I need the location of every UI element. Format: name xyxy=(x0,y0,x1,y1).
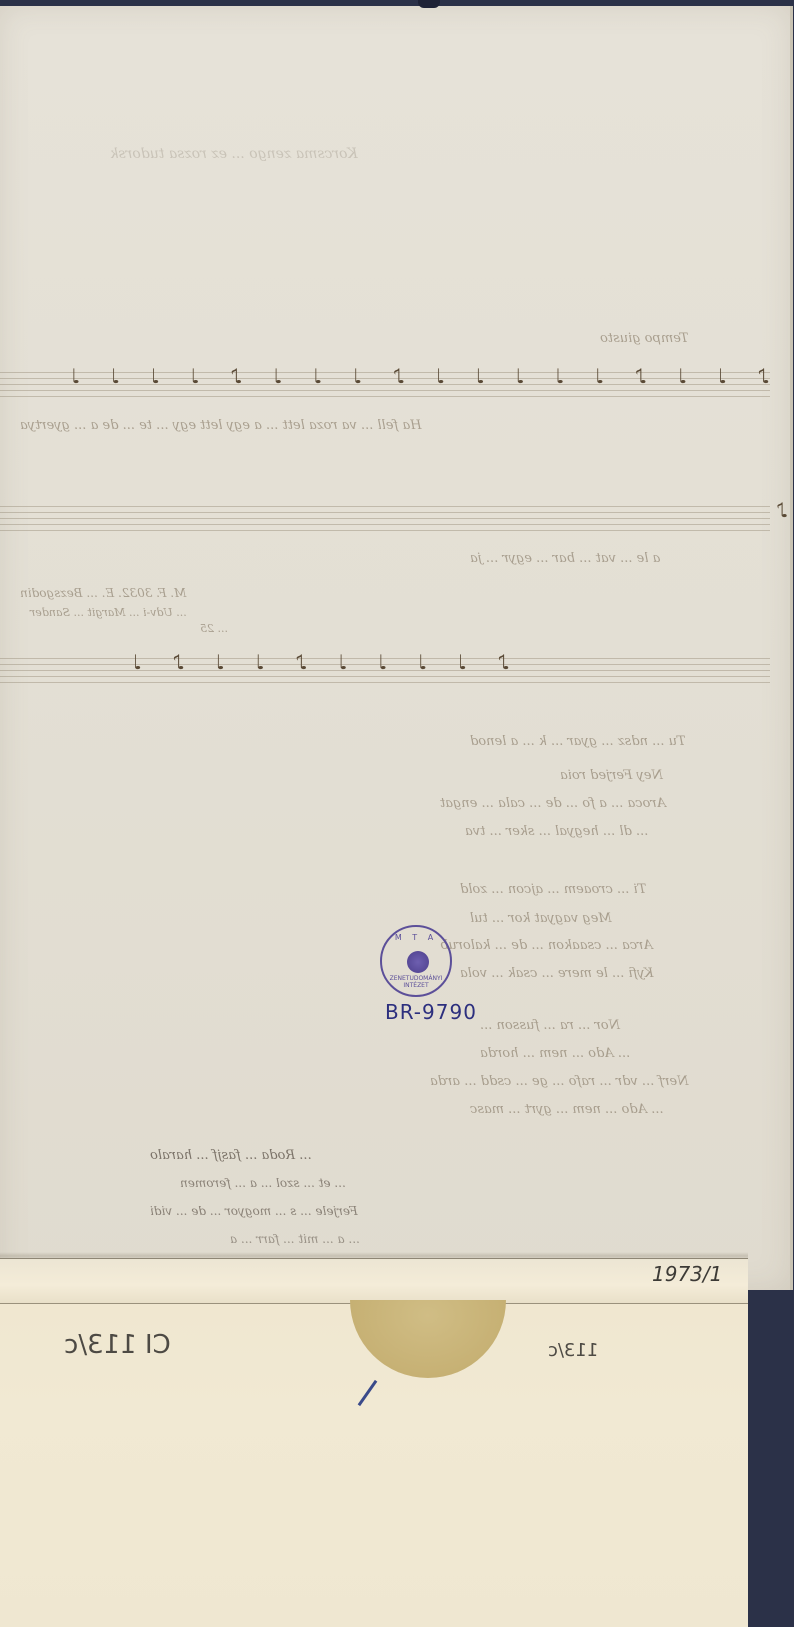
show-through-left-note-2: ... Udv-i ... Margit ... Sander xyxy=(30,606,187,619)
music-staff-2: ♩ ♩ ♩ ♩ ♩ ♩ ♩ ♪ ♩ ♪ xyxy=(0,506,770,536)
bottom-note-line-3: Ferjele ... s ... mogyor ... de ... vidi xyxy=(150,1204,358,1218)
verse-3-line-1: Nor ... ra ... fusson ... xyxy=(480,1018,620,1033)
verse-3-line-4: ... Ado ... nem ... gyrt ... masc xyxy=(470,1102,664,1117)
music-staff-3: ♪ ♩ ♩ ♩ ♩ ♪ ♩ ♩ ♪ ♩ xyxy=(0,658,770,688)
verse-2-line-1: Ti ... croaem ... ajcon ... zold xyxy=(460,882,646,897)
verse-1-line-3: Aroca ... a fo ... de ... cala ... engat xyxy=(440,796,666,811)
bottom-note-line-4: ... a ... mit ... farr ... a xyxy=(230,1232,360,1246)
bottom-note-line-1: ... Roda ... fasjf ... haralo xyxy=(150,1148,312,1163)
institute-stamp: M T A ZENETUDOMÁNYI INTÉZET xyxy=(380,925,452,997)
show-through-tempo: Tempo giusto xyxy=(600,331,689,346)
show-through-header: Korcsma zengo ... ez rozsa tudorsk xyxy=(110,146,358,162)
catalog-number-left: CI 113/c xyxy=(64,1330,171,1360)
verse-2-line-3: Arca ... csaakon ... de ... kalorub xyxy=(440,938,653,953)
catalog-number-right: 113/c xyxy=(548,1340,598,1361)
stamp-ring-text: ZENETUDOMÁNYI INTÉZET xyxy=(382,975,450,989)
music-staff-1: ♪ ♩ ♩ ♪ ♩ ♩ ♩ ♩ ♩ ♪ ♩ ♩ ♩ ♪ ♩ ♩ ♩ ♩ xyxy=(0,372,770,402)
folder-fold-strip xyxy=(0,1258,748,1304)
verse-3-line-3: Nerf ... vdr ... rafo ... ge ... csdd ..… xyxy=(430,1074,689,1089)
manuscript-sheet: Korcsma zengo ... ez rozsa tudorsk Tempo… xyxy=(0,6,793,1290)
stamp-top-text: M T A xyxy=(382,933,450,942)
staff-2-notes: ♩ ♩ ♩ ♩ ♩ ♩ ♩ ♪ ♩ ♪ xyxy=(380,498,794,538)
show-through-lyric-2: a le ... vat ... bar ... egyr ... ja xyxy=(470,551,660,566)
shelfmark-label: BR-9790 xyxy=(385,1000,477,1024)
verse-1-line-1: Tu ... ndsz ... gyar ... k ... a lenod xyxy=(470,734,686,749)
verse-2-line-2: Meg vagyat kor ... tul xyxy=(470,911,612,926)
accession-number: 1973/1 xyxy=(652,1262,722,1286)
verse-1-line-4: ... dl ... hegyal ... sker ... tva xyxy=(465,824,648,839)
show-through-left-note-3: ... 25 xyxy=(200,622,228,635)
bottom-note-line-2: ... et ... szol ... a ... feromen xyxy=(180,1176,346,1190)
staff-1-notes: ♪ ♩ ♩ ♪ ♩ ♩ ♩ ♩ ♩ ♪ ♩ ♩ ♩ ♪ ♩ ♩ ♩ ♩ xyxy=(0,364,770,404)
verse-2-line-4: Kyfi ... le mere ... csak ... vola xyxy=(460,966,653,981)
show-through-left-note-1: M. F. 3032. E. ... Bezsgodin xyxy=(20,586,186,600)
verse-3-line-2: ... Ado ... nem ... horda xyxy=(480,1046,630,1061)
binding-clip xyxy=(418,0,440,8)
show-through-lyric-1: Ha fell ... va roza lett ... a egy lett … xyxy=(20,418,422,433)
verse-1-line-2: Ney Ferjed roia xyxy=(560,768,663,783)
stamp-emblem-icon xyxy=(407,951,429,973)
staff-3-notes: ♪ ♩ ♩ ♩ ♩ ♪ ♩ ♩ ♪ ♩ xyxy=(0,650,510,690)
